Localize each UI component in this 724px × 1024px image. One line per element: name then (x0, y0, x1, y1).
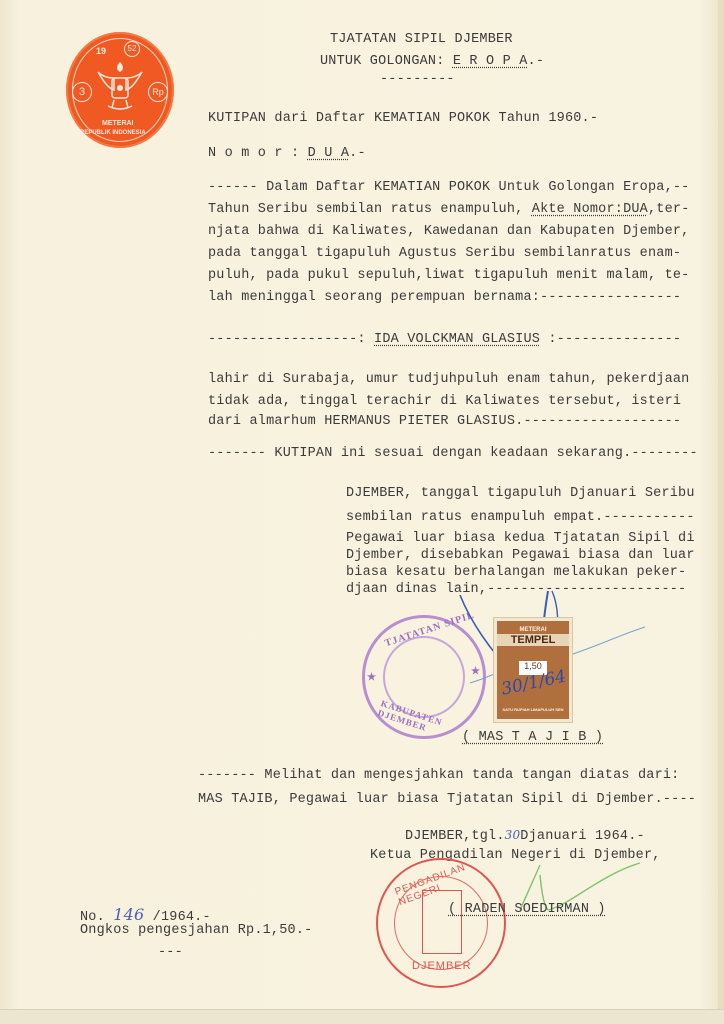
issuance-line-3: Pegawai luar biasa kedua Tjatatan Sipil … (346, 531, 695, 546)
body-line-5: puluh, pada pukul sepuluh,liwat tigapulu… (208, 268, 689, 283)
date-suffix: Djanuari 1964.- (520, 829, 645, 844)
name-line-suffix: :--------------- (540, 332, 681, 347)
handwritten-number: 146 (113, 905, 144, 924)
legalization-number: No. 146 /1964.- (80, 905, 211, 925)
stamp-label-top: METERAI (102, 120, 134, 127)
body-line-4: pada tanggal tigapuluh Agustus Seribu se… (208, 246, 681, 261)
name-line-prefix: ------------------: (208, 332, 374, 347)
header-divider: --------- (380, 72, 455, 87)
body-line-2: Tahun Seribu sembilan ratus enampuluh, A… (208, 202, 690, 217)
group-label: UNTUK GOLONGAN: (320, 54, 453, 69)
issuance-line-2: sembilan ratus enampuluh empat.---------… (346, 510, 695, 525)
body-line-2-tail: ,ter- (648, 202, 690, 217)
legalization-line-2: MAS TAJIB, Pegawai luar biasa Tjatatan S… (198, 792, 696, 807)
registrar-signatory: ( MAS T A J I B ) (462, 730, 603, 745)
legalization-line-1: ------- Melihat dan mengesjahkan tanda t… (198, 768, 679, 783)
body-line-8: tidak ada, tinggal terachir di Kaliwates… (208, 394, 681, 409)
body-line-3: njata bahwa di Kaliwates, Kawedanan dan … (208, 224, 689, 239)
paper-edge (718, 0, 724, 1024)
garuda-emblem-icon (94, 58, 146, 118)
revenue-stamp-seal: 19 52 3 Rp METERAI REPUBLIK INDONESIA (66, 32, 174, 148)
stamp-year-left: 19 (96, 46, 106, 56)
issuance-line-1: DJEMBER, tanggal tigapuluh Djanuari Seri… (346, 486, 695, 501)
body-line-1: ------ Dalam Daftar KEMATIAN POKOK Untuk… (208, 180, 689, 195)
document-title: KUTIPAN dari Daftar KEMATIAN POKOK Tahun… (208, 111, 598, 126)
body-line-2-text: Tahun Seribu sembilan ratus enampuluh, (208, 202, 532, 217)
stamp-value: 3 (72, 82, 92, 102)
tempel-label-main: TEMPEL (497, 634, 569, 646)
body-line-6: lah meninggal seorang perempuan bernama:… (208, 290, 681, 305)
court-stamp: PENGADILAN NEGERI DJEMBER (376, 858, 506, 988)
number-suffix: .- (349, 146, 366, 161)
judge-name: ( RADEN SOEDIRMAN ) (448, 902, 606, 917)
conformity-statement: ------- KUTIPAN ini sesuai dengan keadaa… (208, 446, 698, 461)
tempel-label-top: METERAI (497, 627, 569, 633)
tempel-label-bottom: SATU RUPIAH LIMAPULUH SEN (497, 707, 569, 712)
body-line-7: lahir di Surabaja, umur tudjuhpuluh enam… (208, 372, 689, 387)
stamp-label-bottom: REPUBLIK INDONESIA (80, 130, 146, 136)
court-stamp-bottom-text: DJEMBER (412, 960, 472, 972)
handwritten-day: 30 (505, 828, 521, 842)
deceased-name: IDA VOLCKMAN GLASIUS (374, 332, 540, 347)
office-heading: TJATATAN SIPIL DJEMBER (330, 32, 513, 47)
legalization-fee: Ongkos pengesjahan Rp.1,50.- (80, 923, 312, 938)
deed-number: Akte Nomor:DUA (532, 202, 648, 217)
paper-bottom-edge (0, 1009, 724, 1024)
group-suffix: .- (528, 54, 545, 69)
stamp-year-right: 52 (124, 41, 140, 57)
group-value: E R O P A (453, 54, 528, 69)
registrar-name: ( MAS T A J I B ) (462, 730, 603, 745)
issuance-line-4: Djember, disebabkan Pegawai biasa dan lu… (346, 548, 695, 563)
tempel-stamp: METERAI TEMPEL 1,50 30/1/64 SATU RUPIAH … (494, 618, 572, 722)
judge-signatory: ( RADEN SOEDIRMAN ) (448, 902, 606, 917)
number-label: N o m o r : (208, 146, 308, 161)
end-mark: --- (158, 945, 183, 960)
stamp-currency: Rp (148, 82, 168, 102)
deceased-name-line: ------------------: IDA VOLCKMAN GLASIUS… (208, 332, 681, 347)
issuance-line-5: biasa kesatu berhalangan melakukan peker… (346, 565, 686, 580)
legalization-date: DJEMBER,tgl.30Djanuari 1964.- (405, 828, 645, 844)
date-prefix: DJEMBER,tgl. (405, 829, 505, 844)
document-number: N o m o r : D U A.- (208, 146, 366, 161)
body-line-9: dari almarhum HERMANUS PIETER GLASIUS.--… (208, 414, 681, 429)
court-emblem-icon (422, 890, 462, 954)
group-line: UNTUK GOLONGAN: E R O P A.- (320, 54, 544, 69)
number-value: D U A (308, 146, 350, 161)
star-icon: ★ (367, 672, 377, 683)
